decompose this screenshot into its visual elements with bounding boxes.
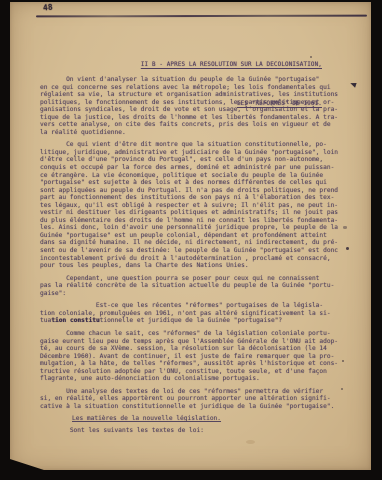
- paragraph-situation: Ce qui vient d'être dit montre que la si…: [40, 141, 352, 269]
- ink-speck: [346, 247, 349, 250]
- scanned-document-screenshot: 48 II B - APRES LA RESOLUTION SUR LA DEC…: [0, 0, 382, 480]
- page-number-mark: 48: [43, 3, 54, 13]
- title-line-1: II B - APRES LA RESOLUTION SUR LA DECOLO…: [141, 59, 322, 72]
- ink-speck: [341, 388, 343, 390]
- scanned-page: 48 II B - APRES LA RESOLUTION SUR LA DEC…: [10, 2, 371, 470]
- closing-line: Sont les suivants les textes de loi:: [40, 427, 352, 435]
- section-heading: Les matières de la nouvelle législation.: [72, 415, 352, 423]
- top-rule-line: [36, 15, 367, 18]
- paragraph-intro: On vient d'analyser la situation du peup…: [40, 76, 352, 136]
- question-overstruck-text: tion constitu: [51, 317, 99, 324]
- paragraph-analysis: Une analyse des textes de loi de ces "ré…: [40, 388, 352, 411]
- ink-speck: [342, 360, 344, 362]
- paragraph-question-intro: Cependant, une question pourra se poser …: [40, 275, 352, 298]
- paragraph-reforms: Comme chacun le sait, ces "réformes" de …: [40, 330, 352, 383]
- paragraph-question: Est-ce que les récentes "réformes" portu…: [40, 302, 352, 325]
- question-text-end: tionnelle et juridique de la Guinée "por…: [100, 317, 283, 324]
- ink-speck: [343, 226, 347, 229]
- paper-smudge: [246, 440, 255, 444]
- ink-speck: [310, 56, 312, 58]
- document-body: On vient d'analyser la situation du peup…: [40, 76, 352, 440]
